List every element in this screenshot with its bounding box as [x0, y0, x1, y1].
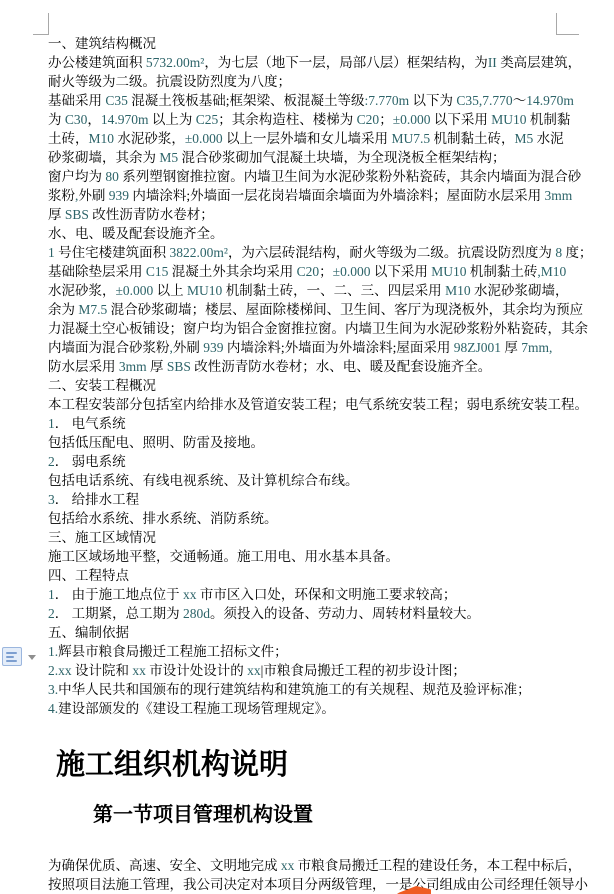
text-line: 1.辉县市粮食局搬迁工程施工招标文件； — [48, 642, 582, 661]
text-line: 耐火等级为二级。抗震设防烈度为八度； — [48, 72, 582, 91]
section-title: 第一节项目管理机构设置 — [93, 802, 582, 828]
text-line: 水泥砂浆，±0.000 以上 MU10 机制黏土砖，一、二、三、四层采用 M10… — [48, 281, 582, 300]
text-line: 砂浆砌墙，其余为 M5 混合砂浆砌加气混凝土块墙，为全现浇板全框架结构； — [48, 148, 582, 167]
text-line: 四、工程特点 — [48, 566, 582, 585]
text-line: 防水层采用 3mm 厚 SBS 改性沥青防水卷材；水、电、暖及配套设施齐全。 — [48, 357, 582, 376]
text-line: 为确保优质、高速、安全、文明地完成 xx 市粮食局搬迁工程的建设任务，本工程中标… — [48, 856, 582, 875]
text-line: 2． 弱电系统 — [48, 452, 582, 471]
text-line: 包括电话系统、有线电视系统、及计算机综合布线。 — [48, 471, 582, 490]
text-line: 水、电、暖及配套设施齐全。 — [48, 224, 582, 243]
text-line: 窗户均为 80 系列塑钢窗推拉窗。内墙卫生间为水泥砂浆粉外粘瓷砖，其余内墙面为混… — [48, 167, 582, 186]
margin-crop-mark-right — [556, 13, 579, 35]
document-page[interactable]: 一、建筑结构概况办公楼建筑面积 5732.00m²，为七层（地下一层，局部八层）… — [0, 0, 614, 894]
autocorrect-options-button[interactable] — [2, 647, 36, 666]
text-line: 按照项目法施工管理，我公司决定对本项目分两级管理，一是公司组成由公司经理任领导小 — [48, 875, 582, 894]
text-line: 内墙面为混合砂浆粉,外刷 939 内墙涂料;外墙面为外墙涂料;屋面采用 98ZJ… — [48, 338, 582, 357]
text-line: 包括低压配电、照明、防雷及接地。 — [48, 433, 582, 452]
text-line: 五、编制依据 — [48, 623, 582, 642]
text-line: 基础采用 C35 混凝土筏板基础;框架梁、板混凝土等级:7.770m 以下为 C… — [48, 91, 582, 110]
text-line: 基础除垫层采用 C15 混凝土外其余均采用 C20；±0.000 以下采用 MU… — [48, 262, 582, 281]
text-line: 余为 M7.5 混合砂浆砌墙；楼层、屋面除楼梯间、卫生间、客厅为现浇板外，其余均… — [48, 300, 582, 319]
text-line: 3． 给排水工程 — [48, 490, 582, 509]
body-text-block: 一、建筑结构概况办公楼建筑面积 5732.00m²，为七层（地下一层，局部八层）… — [48, 34, 582, 718]
text-line: 办公楼建筑面积 5732.00m²，为七层（地下一层，局部八层）框架结构，为II… — [48, 53, 582, 72]
text-line: 二、安装工程概况 — [48, 376, 582, 395]
text-line: 1 号住宅楼建筑面积 3822.00m²，为六层砖混结构，耐火等级为二级。抗震设… — [48, 243, 582, 262]
text-line: 1． 电气系统 — [48, 414, 582, 433]
chapter-title: 施工组织机构说明 — [56, 746, 582, 784]
text-line: 2.xx 设计院和 xx 市设计处设计的 xx|市粮食局搬迁工程的初步设计图； — [48, 661, 582, 680]
text-line: 厚 SBS 改性沥青防水卷材； — [48, 205, 582, 224]
text-line: 一、建筑结构概况 — [48, 34, 582, 53]
margin-crop-mark-left — [33, 13, 49, 35]
text-line: 三、施工区域情况 — [48, 528, 582, 547]
text-line: 包括给水系统、排水系统、消防系统。 — [48, 509, 582, 528]
closing-text-block: 为确保优质、高速、安全、文明地完成 xx 市粮食局搬迁工程的建设任务，本工程中标… — [48, 856, 582, 894]
text-line: 施工区域场地平整，交通畅通。施工用电、用水基本具备。 — [48, 547, 582, 566]
text-line: 4.建设部颁发的《建设工程施工现场管理规定》。 — [48, 699, 582, 718]
text-line: 为 C30，14.970m 以上为 C25；其余构造柱、楼梯为 C20；±0.0… — [48, 110, 582, 129]
autocorrect-options-icon[interactable] — [2, 647, 22, 666]
text-line: 土砖，M10 水泥砂浆，±0.000 以上一层外墙和女儿墙采用 MU7.5 机制… — [48, 129, 582, 148]
text-line: 力混凝土空心板铺设；窗户均为铝合金窗推拉窗。内墙卫生间为水泥砂浆粉外粘瓷砖，其余 — [48, 319, 582, 338]
text-line: 3.中华人民共和国颁布的现行建筑结构和建筑施工的有关规程、规范及验评标准； — [48, 680, 582, 699]
text-line: 1． 由于施工地点位于 xx 市市区入口处，环保和文明施工要求较高； — [48, 585, 582, 604]
chevron-down-icon[interactable] — [28, 655, 36, 660]
text-line: 浆粉,外刷 939 内墙涂料;外墙面一层花岗岩墙面余墙面为外墙涂料；屋面防水层采… — [48, 186, 582, 205]
text-line: 2． 工期紧，总工期为 280d。须投入的设备、劳动力、周转材料量较大。 — [48, 604, 582, 623]
text-line: 本工程安装部分包括室内给排水及管道安装工程；电气系统安装工程；弱电系统安装工程。 — [48, 395, 582, 414]
document-text-area[interactable]: 一、建筑结构概况办公楼建筑面积 5732.00m²，为七层（地下一层，局部八层）… — [48, 34, 582, 894]
